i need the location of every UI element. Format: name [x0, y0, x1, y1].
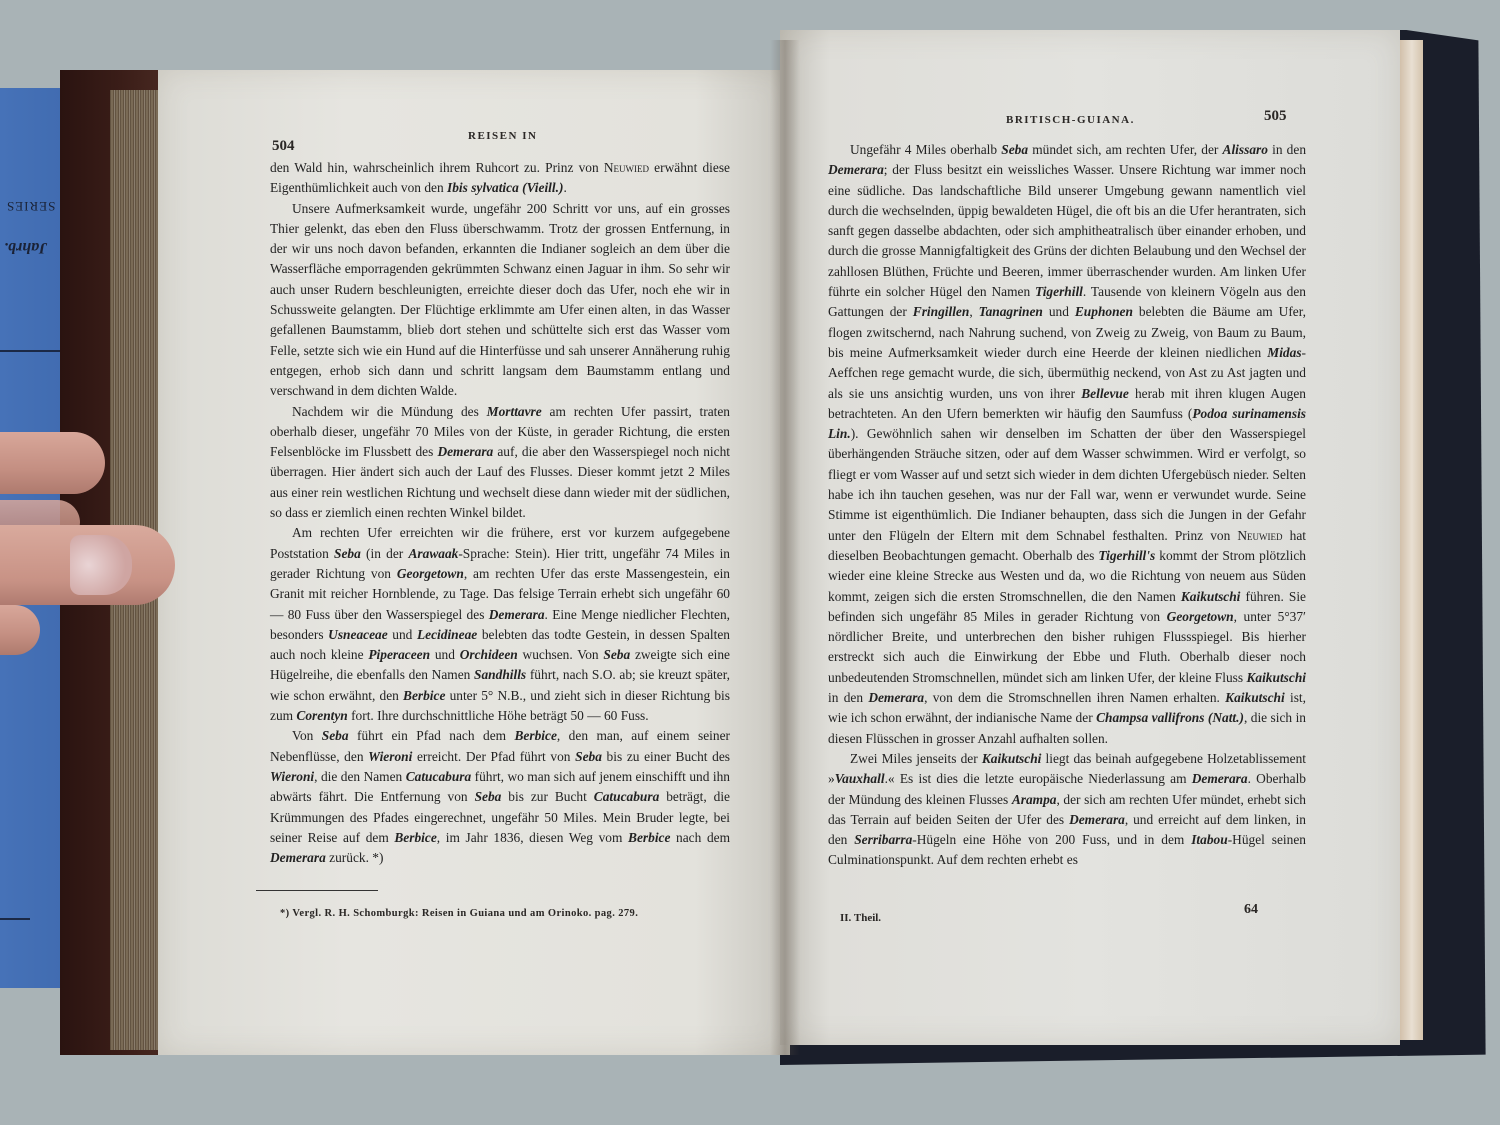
photo-scene: III SERIES Jahrb. 504 REISEN IN den Wald…: [0, 0, 1500, 1125]
book-gutter: [770, 40, 800, 1055]
footnote-rule: [256, 890, 378, 891]
thumb: [0, 525, 175, 605]
running-head-left: REISEN IN: [468, 130, 537, 142]
footnote: *) Vergl. R. H. Schomburgk: Reisen in Gu…: [280, 908, 638, 919]
page-number-left: 504: [272, 138, 295, 155]
signature-number: 64: [1244, 902, 1258, 918]
thumbnail: [70, 535, 132, 595]
running-head-right: BRITISCH-GUIANA.: [1006, 114, 1135, 126]
finger: [0, 605, 40, 655]
paragraph: Ungefähr 4 Miles oberhalb Seba mündet si…: [828, 140, 1306, 749]
finger: [0, 432, 105, 494]
left-page: 504 REISEN IN den Wald hin, wahrscheinli…: [158, 70, 790, 1055]
paragraph: den Wald hin, wahrscheinlich ihrem Ruhco…: [270, 158, 730, 199]
blue-book-label-italic: Jahrb.: [4, 238, 47, 256]
page-number-right: 505: [1264, 108, 1287, 125]
paragraph: Zwei Miles jenseits der Kaikutschi liegt…: [828, 749, 1306, 871]
paragraph: Am rechten Ufer erreichten wir die frühe…: [270, 523, 730, 726]
paragraph: Von Seba führt ein Pfad nach dem Berbice…: [270, 726, 730, 868]
right-page: BRITISCH-GUIANA. 505 Ungefähr 4 Miles ob…: [780, 30, 1400, 1045]
paragraph: Unsere Aufmerksamkeit wurde, ungefähr 20…: [270, 199, 730, 402]
left-page-body: den Wald hin, wahrscheinlich ihrem Ruhco…: [270, 158, 730, 868]
hand-holding-book: [0, 420, 175, 690]
signature-mark: II. Theil.: [840, 912, 881, 924]
paragraph: Nachdem wir die Mündung des Morttavre am…: [270, 402, 730, 524]
right-page-body: Ungefähr 4 Miles oberhalb Seba mündet si…: [828, 140, 1306, 871]
blue-book-rule-2: [0, 918, 30, 920]
